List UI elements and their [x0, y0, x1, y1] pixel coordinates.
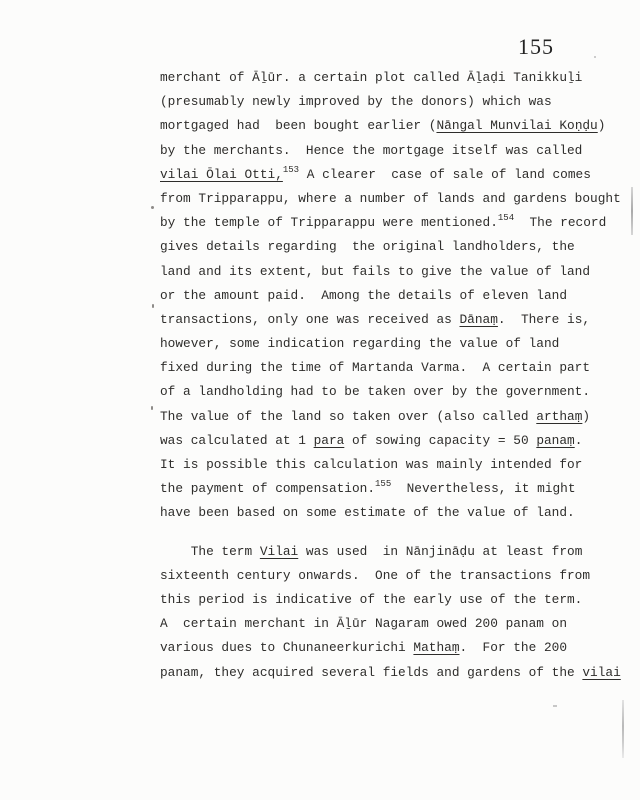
text-line: however, some indication regarding the v…: [160, 332, 621, 356]
scan-artifact-line: [622, 700, 624, 758]
scan-speck: [553, 705, 557, 707]
text-line: or the amount paid. Among the details of…: [160, 284, 621, 308]
underlined-term: Vilai: [260, 544, 298, 559]
text-line: (presumably newly improved by the donors…: [160, 90, 621, 114]
paragraph: merchant of Āḻūr. a certain plot called …: [160, 66, 621, 526]
text-line: land and its extent, but fails to give t…: [160, 260, 621, 284]
text-segment: mortgaged had been bought earlier (: [160, 118, 436, 133]
text-segment: It is possible this calculation was main…: [160, 457, 582, 472]
text-segment: The value of the land so taken over (als…: [160, 409, 536, 424]
underlined-term: Nāngal Munvilai Koṇḍu: [436, 118, 597, 133]
text-segment: The record: [514, 215, 606, 230]
text-segment: .: [575, 433, 583, 448]
text-line: The value of the land so taken over (als…: [160, 405, 621, 429]
scan-artifact-line: [631, 187, 633, 235]
text-segment: (presumably newly improved by the donors…: [160, 94, 552, 109]
scan-speck: [594, 56, 596, 58]
text-line: vilai Ōlai Otti,153 A clearer case of sa…: [160, 163, 621, 187]
text-segment: of sowing capacity = 50: [344, 433, 536, 448]
scan-speck: [152, 304, 154, 308]
text-line: was calculated at 1 para of sowing capac…: [160, 429, 621, 453]
text-line: The term Vilai was used in Nānjināḍu at …: [160, 540, 621, 564]
text-segment: merchant of Āḻūr. a certain plot called …: [160, 70, 582, 85]
text-segment: fixed during the time of Martanda Varma.…: [160, 360, 590, 375]
text-line: by the merchants. Hence the mortgage its…: [160, 139, 621, 163]
text-line: from Tripparappu, where a number of land…: [160, 187, 621, 211]
text-segment: of a landholding had to be taken over by…: [160, 384, 590, 399]
text-segment: panam, they acquired several fields and …: [160, 665, 582, 680]
underlined-term: panaṃ: [536, 433, 574, 448]
underlined-term: vilai Ōlai Otti,: [160, 167, 283, 182]
text-line: A certain merchant in Āḻūr Nagaram owed …: [160, 612, 621, 636]
text-segment: was calculated at 1: [160, 433, 314, 448]
text-segment: The term: [160, 544, 260, 559]
text-segment: ): [598, 118, 606, 133]
text-line: the payment of compensation.155 Neverthe…: [160, 477, 621, 501]
text-line: this period is indicative of the early u…: [160, 588, 621, 612]
text-segment: have been based on some estimate of the …: [160, 505, 575, 520]
text-line: of a landholding had to be taken over by…: [160, 380, 621, 404]
footnote-marker: 155: [375, 479, 391, 489]
underlined-term: para: [314, 433, 345, 448]
text-segment: . There is,: [498, 312, 590, 327]
text-segment: by the temple of Tripparappu were mentio…: [160, 215, 498, 230]
text-segment: A clearer case of sale of land comes: [299, 167, 591, 182]
text-segment: from Tripparappu, where a number of land…: [160, 191, 621, 206]
text-line: fixed during the time of Martanda Varma.…: [160, 356, 621, 380]
scan-speck: [151, 206, 154, 209]
text-line: gives details regarding the original lan…: [160, 235, 621, 259]
text-line: by the temple of Tripparappu were mentio…: [160, 211, 621, 235]
text-block: merchant of Āḻūr. a certain plot called …: [160, 66, 621, 685]
document-page: 155 merchant of Āḻūr. a certain plot cal…: [0, 0, 640, 800]
text-segment: the payment of compensation.: [160, 481, 375, 496]
text-line: various dues to Chunaneerkurichi Mathaṃ.…: [160, 636, 621, 660]
text-segment: land and its extent, but fails to give t…: [160, 264, 590, 279]
text-line: sixteenth century onwards. One of the tr…: [160, 564, 621, 588]
text-segment: Nevertheless, it might: [391, 481, 575, 496]
text-segment: however, some indication regarding the v…: [160, 336, 559, 351]
text-segment: ): [582, 409, 590, 424]
underlined-term: Mathaṃ: [413, 640, 459, 655]
text-segment: or the amount paid. Among the details of…: [160, 288, 567, 303]
text-segment: various dues to Chunaneerkurichi: [160, 640, 413, 655]
underlined-term: Dānaṃ: [460, 312, 498, 327]
paragraph: The term Vilai was used in Nānjināḍu at …: [160, 540, 621, 685]
text-segment: sixteenth century onwards. One of the tr…: [160, 568, 590, 583]
page-number: 155: [518, 34, 554, 60]
text-segment: this period is indicative of the early u…: [160, 592, 582, 607]
text-segment: by the merchants. Hence the mortgage its…: [160, 143, 582, 158]
text-segment: . For the 200: [460, 640, 568, 655]
scan-speck: [151, 406, 153, 410]
text-line: It is possible this calculation was main…: [160, 453, 621, 477]
underlined-term: arthaṃ: [536, 409, 582, 424]
text-line: merchant of Āḻūr. a certain plot called …: [160, 66, 621, 90]
text-segment: A certain merchant in Āḻūr Nagaram owed …: [160, 616, 567, 631]
footnote-marker: 154: [498, 213, 514, 223]
footnote-marker: 153: [283, 165, 299, 175]
text-line: mortgaged had been bought earlier (Nānga…: [160, 114, 621, 138]
text-line: panam, they acquired several fields and …: [160, 661, 621, 685]
text-segment: gives details regarding the original lan…: [160, 239, 575, 254]
text-line: transactions, only one was received as D…: [160, 308, 621, 332]
text-segment: was used in Nānjināḍu at least from: [298, 544, 582, 559]
text-segment: transactions, only one was received as: [160, 312, 460, 327]
text-line: have been based on some estimate of the …: [160, 501, 621, 525]
underlined-term: vilai: [582, 665, 620, 680]
